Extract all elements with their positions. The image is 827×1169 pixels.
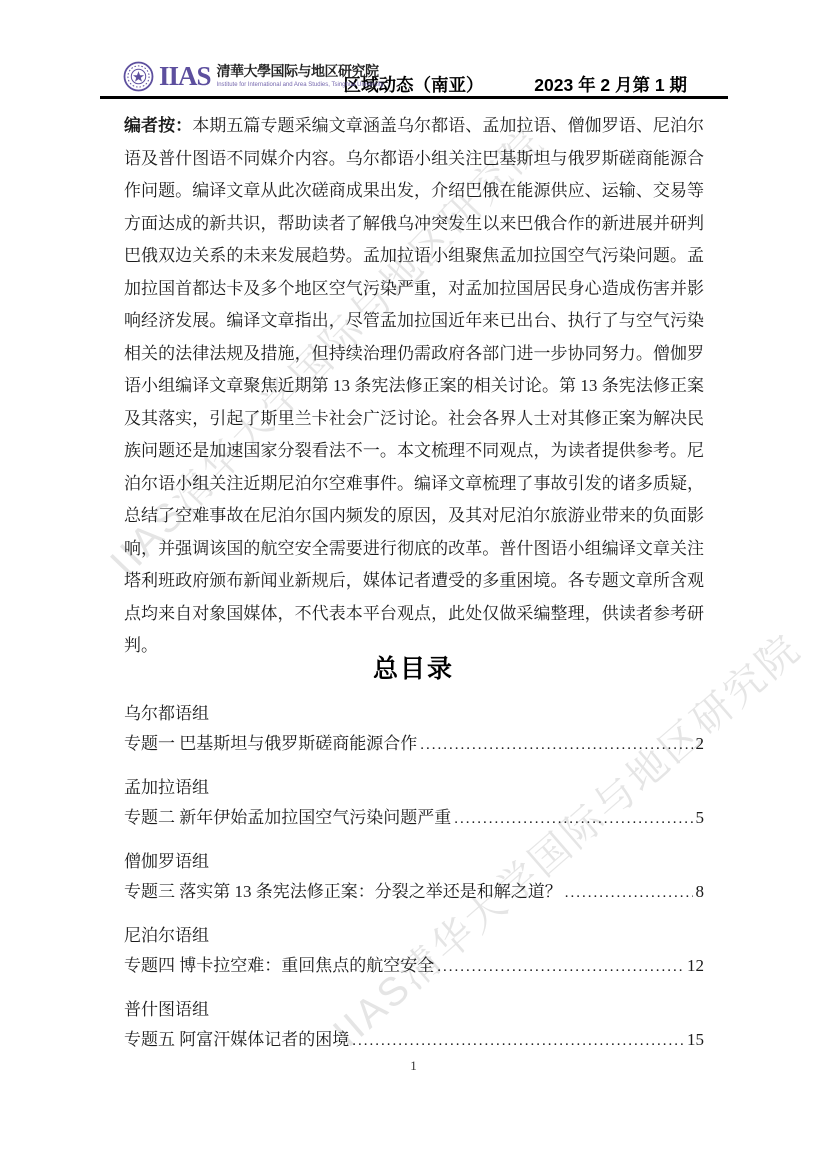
editor-note-label: 编者按： bbox=[124, 116, 192, 135]
toc-group-nepali: 尼泊尔语组 专题四 博卡拉空难：重回焦点的航空安全 12 bbox=[124, 921, 704, 982]
toc-group-bengali: 孟加拉语组 专题二 新年伊始孟加拉国空气污染问题严重 5 bbox=[124, 773, 704, 834]
toc-entry: 专题二 新年伊始孟加拉国空气污染问题严重 5 bbox=[124, 803, 704, 834]
issue-label: 2023 年 2 月第 1 期 bbox=[534, 72, 687, 97]
toc-group-pashto: 普什图语组 专题五 阿富汗媒体记者的困境 15 bbox=[124, 995, 704, 1056]
toc-group-sinhala: 僧伽罗语组 专题三 落实第 13 条宪法修正案：分裂之举还是和解之道？ 8 bbox=[124, 847, 704, 908]
toc-dot-leader bbox=[420, 729, 692, 760]
toc-entry-title: 专题一 巴基斯坦与俄罗斯磋商能源合作 bbox=[124, 729, 417, 759]
toc-dot-leader bbox=[352, 1025, 684, 1056]
header-divider bbox=[100, 96, 728, 99]
toc-group-label: 孟加拉语组 bbox=[124, 773, 704, 803]
toc-dot-leader bbox=[437, 951, 684, 982]
toc-group-urdu: 乌尔都语组 专题一 巴基斯坦与俄罗斯磋商能源合作 2 bbox=[124, 699, 704, 760]
toc-group-label: 普什图语组 bbox=[124, 995, 704, 1025]
toc-entry-title: 专题三 落实第 13 条宪法修正案：分裂之举还是和解之道？ bbox=[124, 877, 562, 907]
toc-entry: 专题一 巴基斯坦与俄罗斯磋商能源合作 2 bbox=[124, 729, 704, 760]
document-page: IIAS清华大学国际与地区研究院 IIAS清华大学国际与地区研究院 IIAS 清… bbox=[0, 0, 827, 1169]
toc-group-label: 尼泊尔语组 bbox=[124, 921, 704, 951]
toc: 乌尔都语组 专题一 巴基斯坦与俄罗斯磋商能源合作 2 孟加拉语组 专题二 新年伊… bbox=[124, 699, 704, 1069]
tsinghua-emblem-icon bbox=[123, 61, 154, 92]
institute-name-cn: 清華大學国际与地区研究院 bbox=[217, 64, 384, 81]
toc-page-number: 15 bbox=[687, 1025, 704, 1055]
institute-logo: IIAS 清華大學国际与地区研究院 Institute for Internat… bbox=[123, 61, 384, 92]
editor-note-text: 本期五篇专题采编文章涵盖乌尔都语、孟加拉语、僧伽罗语、尼泊尔语及普什图语不同媒介… bbox=[124, 116, 704, 655]
toc-dot-leader bbox=[454, 803, 692, 834]
editor-note: 编者按：本期五篇专题采编文章涵盖乌尔都语、孟加拉语、僧伽罗语、尼泊尔语及普什图语… bbox=[124, 110, 704, 663]
toc-page-number: 12 bbox=[687, 951, 704, 981]
toc-entry: 专题四 博卡拉空难：重回焦点的航空安全 12 bbox=[124, 951, 704, 982]
institute-name-en: Institute for International and Area Stu… bbox=[217, 81, 384, 89]
toc-title: 总目录 bbox=[0, 653, 827, 685]
toc-entry-title: 专题二 新年伊始孟加拉国空气污染问题严重 bbox=[124, 803, 451, 833]
toc-entry: 专题五 阿富汗媒体记者的困境 15 bbox=[124, 1025, 704, 1056]
page-number: 1 bbox=[0, 1058, 827, 1074]
toc-entry-title: 专题四 博卡拉空难：重回焦点的航空安全 bbox=[124, 951, 434, 981]
toc-group-label: 僧伽罗语组 bbox=[124, 847, 704, 877]
toc-page-number: 2 bbox=[696, 729, 705, 759]
toc-group-label: 乌尔都语组 bbox=[124, 699, 704, 729]
toc-page-number: 8 bbox=[696, 877, 705, 907]
toc-dot-leader bbox=[565, 877, 693, 908]
logo-acronym: IIAS bbox=[159, 61, 211, 92]
toc-page-number: 5 bbox=[696, 803, 705, 833]
toc-entry-title: 专题五 阿富汗媒体记者的困境 bbox=[124, 1025, 349, 1055]
toc-entry: 专题三 落实第 13 条宪法修正案：分裂之举还是和解之道？ 8 bbox=[124, 877, 704, 908]
